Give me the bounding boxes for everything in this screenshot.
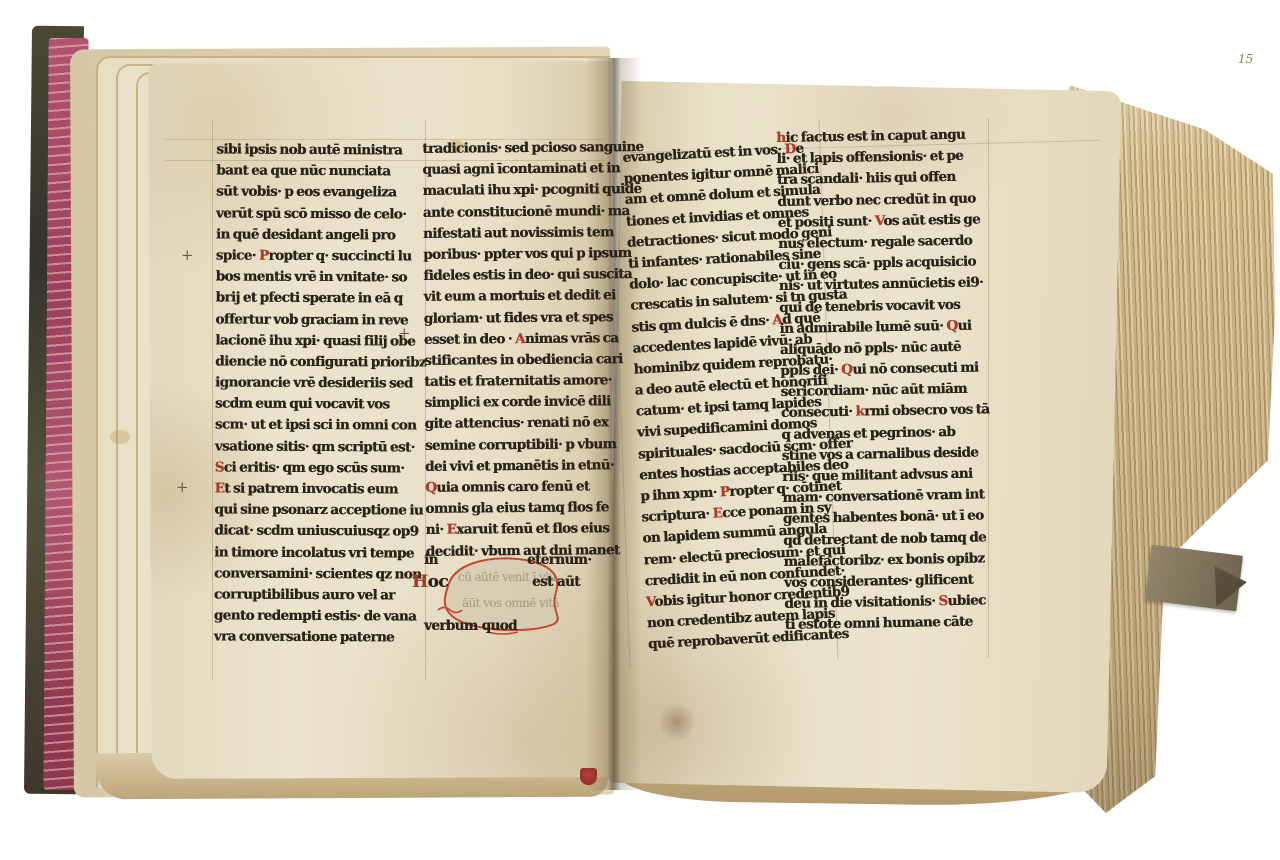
- manuscript-line: dicat· scdm uniuscuiusqz op9: [214, 521, 426, 543]
- manuscript-line: scm· ut et ipsi sci in omni con: [215, 415, 427, 437]
- manuscript-line: simplici ex corde invicē dili: [424, 391, 622, 414]
- folio-number: 15: [1238, 52, 1253, 66]
- manuscript-line: gento redempti estis· de vana: [214, 606, 426, 628]
- red-tailband: [580, 768, 597, 785]
- margin-cross-mark: +: [176, 478, 189, 496]
- manuscript-line: Sci eritis· qm ego scūs sum·: [215, 457, 427, 479]
- manuscript-line: stificantes in obediencia cari: [424, 349, 622, 372]
- manuscript-line: quasi agni īcontaminati et in: [422, 158, 620, 181]
- manuscript-word: Hoc: [412, 572, 448, 592]
- manuscript-line: diencie nō configurati prioribz: [215, 351, 427, 373]
- manuscript-word: verbum quod: [424, 618, 517, 634]
- manuscript-line: tatis et fraternitatis amore·: [424, 370, 622, 393]
- manuscript-line: lacionē ihu xpi· quasi filij obe: [215, 330, 427, 352]
- manuscript-line: bos mentis vrē in vnitate· so: [216, 267, 428, 289]
- erased-text: āūt vos omnē vitā: [462, 596, 559, 610]
- left-page-column-2: tradicionis· sed pcioso sanguinequasi ag…: [422, 137, 624, 562]
- manuscript-line: vit eum a mortuis et dedit ei: [423, 285, 621, 308]
- manuscript-line: Et si patrem invocatis eum: [214, 478, 426, 500]
- manuscript-line: poribus· ppter vos qui p ipsum: [423, 243, 621, 266]
- rubricated-initial: E: [214, 480, 224, 496]
- left-page-column-1: sibi ipsis nob autē ministrabant ea que …: [214, 139, 429, 649]
- manuscript-line: vsatione sitis· qm scriptū est·: [215, 436, 427, 458]
- manuscript-word: est aūt: [532, 574, 580, 590]
- rubricated-initial: A: [515, 331, 525, 347]
- right-page-column-2: hic factus est in caput anguli· et lapis…: [776, 124, 997, 636]
- manuscript-line: nifestati aut novissimis tem: [423, 222, 621, 245]
- manuscript-line: semine corruptibili· p vbum: [425, 434, 623, 457]
- manuscript-line: sibi ipsis nob autē ministra: [216, 139, 428, 161]
- manuscript-line: bant ea que nūc nunciata: [216, 161, 428, 183]
- manuscript-line: nis· ut virtutes annūcietis ei9·: [779, 273, 991, 298]
- manuscript-line: sūt vobis· p eos evangeliza: [216, 182, 428, 204]
- rubricated-initial: Q: [946, 318, 957, 334]
- manuscript-line: in timore incolatus vri tempe: [214, 542, 426, 564]
- manuscript-line: spice· Propter q· succincti lu: [216, 245, 428, 267]
- manuscript-line: gloriam· ut fides vra et spes: [424, 307, 622, 330]
- manuscript-line: consecuti· krmi obsecro vos tā: [781, 400, 993, 425]
- manuscript-line: offertur vob graciam in reve: [215, 309, 427, 331]
- manuscript-line: ti estote omni humane cāte: [785, 612, 997, 637]
- stain: [110, 430, 130, 444]
- manuscript-line: ignorancie vrē desideriis sed: [215, 373, 427, 395]
- rubricated-initial: S: [215, 459, 224, 475]
- manuscript-line: Quia omnis caro fenū et: [425, 476, 623, 499]
- rubricated-initial: Q: [841, 362, 852, 378]
- manuscript-line: fideles estis in deo· qui suscita: [423, 264, 621, 287]
- manuscript-line: brij et pfecti sperate in eā q: [215, 288, 427, 310]
- rubricated-initial: E: [446, 522, 456, 538]
- stain: [660, 700, 694, 744]
- manuscript-line: ante constitucionē mundi· ma: [423, 201, 621, 224]
- ruling-line: [212, 120, 213, 680]
- manuscript-line: in quē desidant angeli pro: [216, 224, 428, 246]
- manuscript-line: ni· Exaruit fenū et flos eius: [425, 519, 623, 542]
- manuscript-line: esset in deo · Animas vrās ca: [424, 328, 622, 351]
- margin-cross-mark: +: [181, 246, 194, 264]
- rubricated-initial: Q: [425, 480, 436, 496]
- manuscript-line: omnis gla eius tamq flos fe: [425, 497, 623, 520]
- manuscript-line: conversamini· scientes qz non: [214, 563, 426, 585]
- manuscript-line: verūt spū scō misso de celo·: [216, 203, 428, 225]
- manuscript-photo: + + + 15 sibi ipsis nob autē ministraban…: [0, 0, 1280, 860]
- manuscript-line: tradicionis· sed pcioso sanguine: [422, 137, 620, 160]
- manuscript-line: vra conversatione paterne: [214, 627, 426, 649]
- manuscript-line: gite attencius· renati nō ex: [425, 413, 623, 436]
- manuscript-word: eternum·: [527, 552, 591, 568]
- manuscript-line: scdm eum qui vocavit vos: [215, 394, 427, 416]
- rubricated-initial: V: [875, 213, 884, 229]
- manuscript-line: qui sine psonarz acceptione iu: [214, 500, 426, 522]
- manuscript-line: corruptibilibus auro vel ar: [214, 584, 426, 606]
- rubricated-initial: P: [259, 248, 269, 264]
- manuscript-line: dei vivi et pmanētis in etnū·: [425, 455, 623, 478]
- manuscript-line: maculati ihu xpi· pcogniti quidē: [423, 180, 621, 203]
- manuscript-word: in: [424, 552, 438, 568]
- manuscript-line: li· et lapis offensionis· et pe: [776, 145, 988, 170]
